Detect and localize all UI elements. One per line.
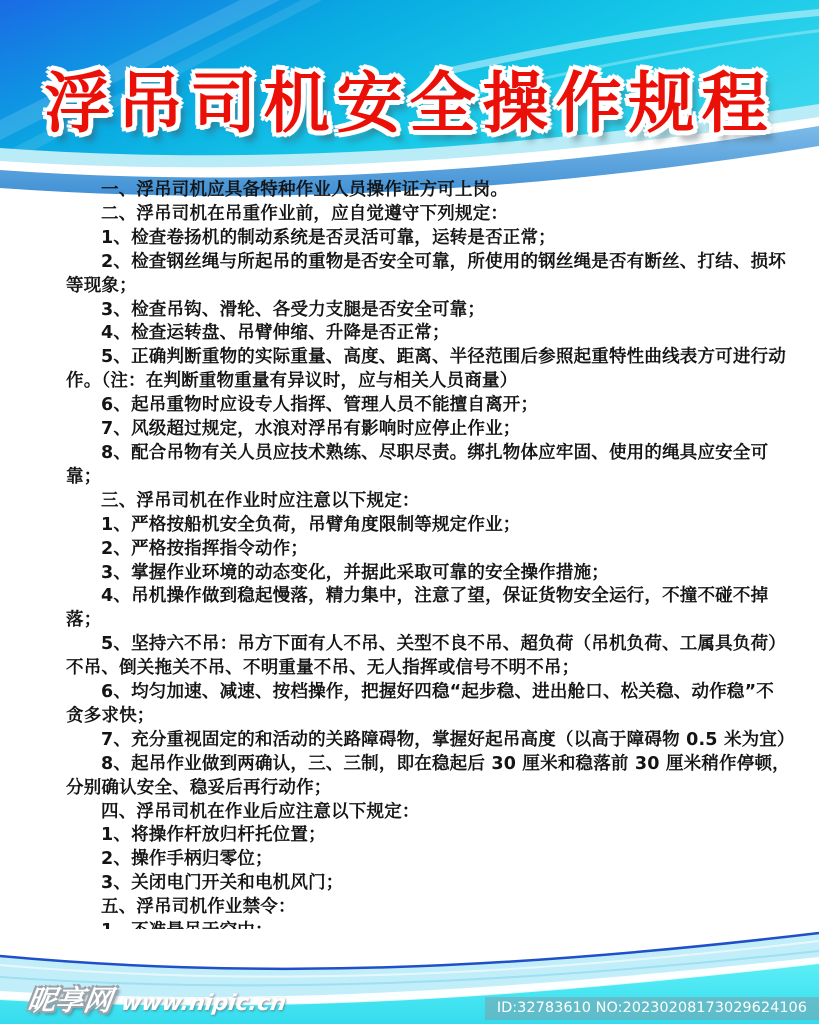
rule-line: 3、检查吊钩、滑轮、各受力支腿是否安全可靠；: [66, 299, 791, 323]
rule-line: 一、浮吊司机应具备特种作业人员操作证方可上岗。: [66, 179, 791, 203]
safety-procedure-poster: 浮吊司机安全操作规程 一、浮吊司机应具备特种作业人员操作证方可上岗。二、浮吊司机…: [0, 0, 819, 1024]
watermark: 昵享网 www.nipic.cn: [25, 979, 289, 1019]
rule-line: 5、正确判断重物的实际重量、高度、距离、半径范围后参照起重特性曲线表方可进行动作…: [66, 346, 791, 394]
rule-line: 五、浮吊司机作业禁令：: [66, 896, 791, 920]
rule-line: 2、严格按指挥指令动作；: [66, 538, 791, 562]
rule-line: 6、均匀加速、减速、按档操作，把握好四稳“起步稳、进出舱口、松关稳、动作稳”不贪…: [66, 681, 791, 729]
rule-line: 二、浮吊司机在吊重作业前，应自觉遵守下列规定：: [66, 203, 791, 227]
rule-line: 1、检查卷扬机的制动系统是否灵活可靠，运转是否正常；: [66, 227, 791, 251]
rule-line: 2、操作手柄归零位；: [66, 848, 791, 872]
rule-line: 2、检查钢丝绳与所起吊的重物是否安全可靠，所使用的钢丝绳是否有断丝、打结、损坏等…: [66, 251, 791, 299]
rule-line: 7、充分重视固定的和活动的关路障碍物，掌握好起吊高度（以高于障碍物 0.5 米为…: [66, 729, 791, 753]
poster-title: 浮吊司机安全操作规程: [0, 50, 819, 145]
rule-line: 1、将操作杆放归杆托位置；: [66, 824, 791, 848]
rule-line: 4、吊机操作做到稳起慢落，精力集中，注意了望，保证货物安全运行，不撞不碰不掉落；: [66, 585, 791, 633]
rule-line: 1、严格按船机安全负荷，吊臂角度限制等规定作业；: [66, 514, 791, 538]
rules-text-block: 一、浮吊司机应具备特种作业人员操作证方可上岗。二、浮吊司机在吊重作业前，应自觉遵…: [66, 179, 791, 992]
watermark-site-name: 昵享网: [25, 979, 115, 1019]
rule-line: 3、关闭电门开关和电机风门；: [66, 872, 791, 896]
rule-line: 4、检查运转盘、吊臂伸缩、升降是否正常；: [66, 322, 791, 346]
rule-line: 5、坚持六不吊：吊方下面有人不吊、关型不良不吊、超负荷（吊机负荷、工属具负荷）不…: [66, 633, 791, 681]
rule-line: 四、浮吊司机在作业后应注意以下规定：: [66, 801, 791, 825]
rule-line: 8、起吊作业做到两确认，三、三制，即在稳起后 30 厘米和稳落前 30 厘米稍作…: [66, 753, 791, 801]
rule-line: 7、风级超过规定，水浪对浮吊有影响时应停止作业；: [66, 418, 791, 442]
rule-line: 8、配合吊物有关人员应技术熟练、尽职尽责。绑扎物体应牢固、使用的绳具应安全可靠；: [66, 442, 791, 490]
image-id-badge: ID:32783610 NO:20230208173029624106: [485, 997, 819, 1020]
rule-line: 三、浮吊司机在作业时应注意以下规定：: [66, 490, 791, 514]
rule-line: 6、起吊重物时应设专人指挥、管理人员不能擅自离开；: [66, 394, 791, 418]
rule-line: 3、掌握作业环境的动态变化，并据此采取可靠的安全操作措施；: [66, 562, 791, 586]
watermark-site-url: www.nipic.cn: [120, 991, 288, 1016]
footer-banner: 昵享网 www.nipic.cn ID:32783610 NO:20230208…: [0, 929, 819, 1024]
header-banner: 浮吊司机安全操作规程: [0, 0, 819, 200]
